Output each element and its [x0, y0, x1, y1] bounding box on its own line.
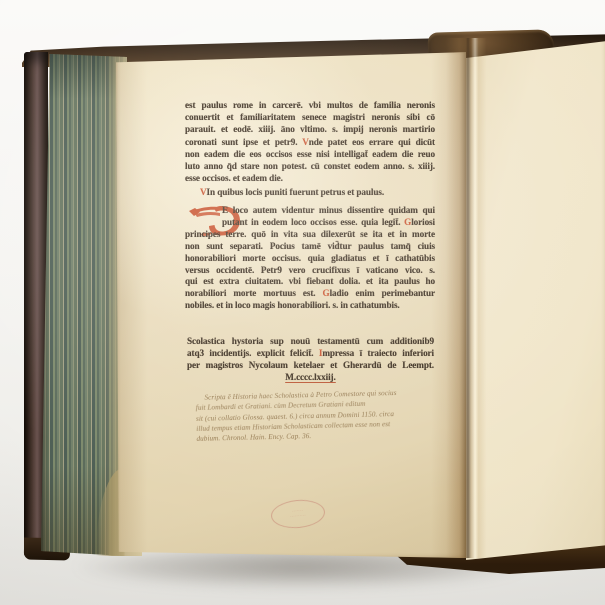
manuscript-ink-annotation: Scripta ē Historia haec Scholastica à Pe…: [195, 387, 434, 444]
text-line: luto anno q̄d stare non potest. cū const…: [185, 160, 435, 172]
text-line: non sunt separati. Pocius tamē vid̄tur p…: [185, 241, 435, 253]
text-line: parauit. et eodē. xiiij. āno vltimo. s. …: [185, 123, 435, 135]
printed-paragraph-2: E loco autem videntur minus dissentire q…: [185, 205, 435, 312]
text-line: honorabiliori morte occisus. quia gladia…: [185, 253, 435, 265]
text-line: principes terre. quō in vita sua dilexer…: [185, 229, 435, 241]
text-line: nobiles. et in loco magis honorabiliori.…: [185, 300, 435, 312]
stamp-text-bottom: ··········: [290, 513, 306, 519]
text-line: per magistros Nycolaum ketelaer et Ghera…: [187, 359, 434, 371]
text-line: VIn quibus locis puniti fuerunt petrus e…: [185, 186, 435, 198]
text-line: qui est extra ciuitatem. vbi fiebant dol…: [185, 276, 435, 288]
text-line: conuertit et familiaritatem senece magis…: [185, 111, 435, 123]
text-line: atq3 incidentijs. explicit felicit̄. Imp…: [187, 347, 434, 359]
text-line: E loco autem videntur minus dissentire q…: [185, 205, 435, 217]
right-page-blank: [466, 36, 605, 560]
photograph-of-open-incunabulum: est paulus rome in carcerē. vbi multos d…: [0, 0, 605, 605]
chapter-heading-line: VIn quibus locis puniti fuerunt petrus e…: [185, 186, 435, 198]
text-line: non eadem die eos occisos esse nisi inte…: [185, 148, 435, 160]
text-line: versus occidentē. Petr9 vero crucifixus …: [185, 265, 435, 277]
text-line: est paulus rome in carcerē. vbi multos d…: [185, 99, 435, 111]
text-line: putant in eodem loco occisos esse. quia …: [185, 217, 435, 229]
printer-colophon: Scolastica hystoria sup nouū testamentū …: [187, 335, 434, 383]
text-line: esse occisos. et eadem die.: [185, 172, 435, 184]
text-line: M.cccc.lxxiij.: [187, 371, 434, 383]
text-line: norabiliori morte mortuus est. Gladio en…: [185, 288, 435, 300]
text-line: Scolastica hystoria sup nouū testamentū …: [187, 335, 434, 347]
text-line: coronati sunt ipse et petr9. Vnde patet …: [185, 136, 435, 148]
printed-paragraph-1: est paulus rome in carcerē. vbi multos d…: [185, 99, 435, 184]
